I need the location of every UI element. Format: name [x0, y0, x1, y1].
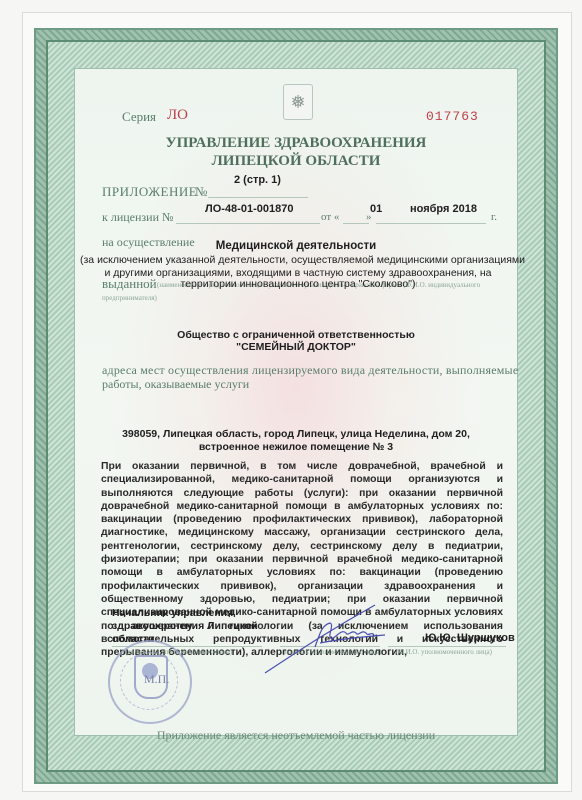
activity-title: Медицинской деятельности	[74, 240, 518, 252]
authority-title-line1: УПРАВЛЕНИЕ ЗДРАВООХРАНЕНИЯ	[74, 135, 518, 152]
footer-note: Приложение является неотъемлемой частью …	[74, 728, 518, 743]
name-hint: (Ф.И.О. уполномоченного лица)	[396, 648, 492, 656]
seal-label: М.П.	[144, 672, 169, 687]
address-line2: встроенное нежилое помещение № 3	[74, 441, 518, 453]
organization-form: Общество с ограниченной ответственностью	[74, 329, 518, 341]
date-prefix: от «	[321, 211, 339, 223]
addresses-label-line1: адреса мест осуществления лицензируемого…	[102, 363, 518, 378]
appendix-label: ПРИЛОЖЕНИЕ	[102, 184, 197, 200]
address-line1: 398059, Липецкая область, город Липецк, …	[74, 428, 518, 440]
position-line1: Начальник управления	[112, 607, 233, 619]
coat-of-arms-icon: ❅	[283, 84, 313, 120]
activity-note-line1: (за исключением указанной деятельности, …	[80, 254, 516, 266]
license-number-underline	[176, 223, 320, 224]
date-mid: »	[366, 211, 372, 223]
authority-title-line2: ЛИПЕЦКОЙ ОБЛАСТИ	[74, 153, 518, 170]
signature-mark	[260, 595, 410, 675]
activity-note-line3: территории инновационного центра "Сколко…	[80, 278, 516, 290]
organization-name: "СЕМЕЙНЫЙ ДОКТОР"	[74, 341, 518, 353]
appendix-number-underline	[208, 197, 308, 198]
license-month-year: ноября 2018	[410, 203, 477, 215]
addresses-label-line2: работы, оказываемые услуги	[102, 377, 249, 392]
year-suffix: г.	[491, 211, 497, 223]
signatory-name: Ю.Ю. Шуршуков	[425, 632, 515, 644]
license-number: ЛО-48-01-001870	[205, 203, 293, 215]
license-day: 01	[370, 203, 382, 215]
issued-to-hint-2: предпринимателя)	[102, 294, 157, 302]
document-number: 017763	[426, 109, 479, 124]
license-label: к лицензии №	[102, 210, 173, 225]
day-underline	[343, 223, 369, 224]
appendix-number: 2 (стр. 1)	[234, 174, 281, 186]
series-value: ЛО	[167, 107, 188, 124]
position-line2: здравоохранения Липецкой	[112, 620, 258, 632]
series-label: Серия	[122, 109, 156, 125]
month-underline	[376, 223, 486, 224]
appendix-number-sign: №	[195, 184, 207, 200]
